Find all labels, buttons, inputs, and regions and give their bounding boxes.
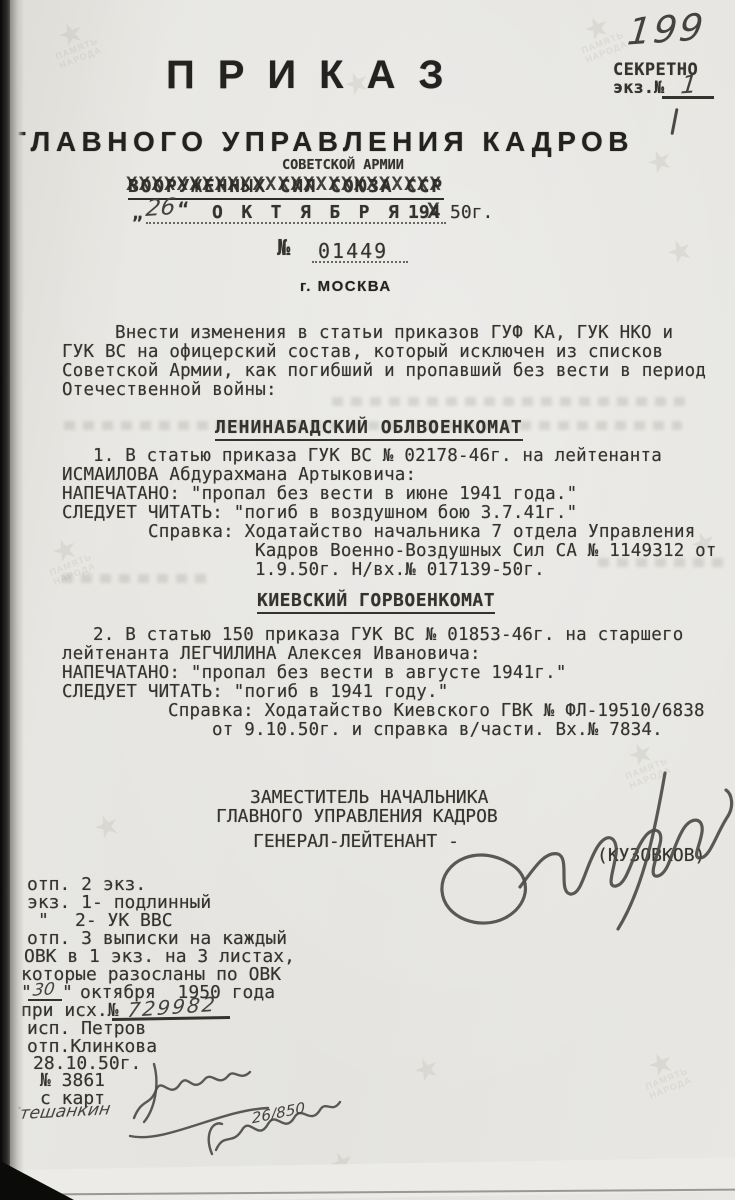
intro-line: Внести изменения в статьи приказов ГУФ К… [115, 324, 673, 343]
section-line: СЛЕДУЕТ ЧИТАТЬ: "погиб в 1941 году." [62, 683, 449, 702]
date-year-strike: Х [427, 199, 440, 223]
section-line: Кадров Военно-Воздушных Сил СА № 1149312… [255, 542, 717, 561]
section-line: ИСМАИЛОВА Абдурахмана Артыковича: [62, 466, 416, 485]
copy-label: экз.№ [613, 78, 664, 98]
date-close-quote: “ [178, 199, 189, 220]
ink-bleed [332, 397, 692, 406]
date-underline [146, 222, 446, 224]
strike-x-overlay: ХХХХХХХХХХХХХХХХХХХХХХХХХ [126, 173, 442, 195]
section-line: Справка: Ходатайство начальника 7 отдела… [148, 523, 696, 542]
kuzovkov-signature [420, 745, 735, 940]
section-line: 1. В статью приказа ГУК ВС № 02178-46г. … [93, 447, 662, 466]
order-number-label: № [277, 236, 290, 261]
date-year-new: 50г. [450, 202, 493, 223]
order-number-underline [312, 261, 408, 263]
scan-left-edge [0, 0, 10, 1200]
intro-line: Отечественной войны: [62, 381, 277, 400]
inserted-correction: СОВЕТСКОЙ АРМИИ [282, 157, 404, 173]
date-day-handwritten: 26 [144, 194, 176, 222]
section-heading-kiev: КИЕВСКИЙ ГОРВОЕНКОМАТ [257, 590, 495, 614]
intro-line: ГУК ВС на офицерский состав, который иск… [62, 343, 663, 362]
clerk-signatures [120, 1048, 350, 1163]
order-number-value: 01449 [318, 239, 388, 263]
section-heading-leninabad: ЛЕНИНАБАДСКИЙ ОБЛВОЕНКОМАТ [215, 417, 523, 441]
date-month: ОКТЯБРЯ [212, 202, 417, 223]
section-line: НАПЕЧАТАНО: "пропал без вести в августе … [62, 664, 567, 683]
ink-bleed [62, 574, 207, 583]
section-line: СЛЕДУЕТ ЧИТАТЬ: "погиб в воздушном бою 3… [62, 504, 577, 523]
page-number-handwritten: 199 [625, 5, 707, 53]
section-line: НАПЕЧАТАНО: "пропал без вести в июне 194… [62, 485, 577, 504]
section-line: лейтенанта ЛЕГЧИЛИНА Алексея Ивановича: [62, 645, 481, 664]
date-open-quote: „ [132, 203, 143, 224]
section-line: 1.9.50г. Н/вх.№ 017139-50г. [255, 561, 545, 580]
place-line: г. МОСКВА [300, 278, 392, 295]
section-line: от 9.10.50г. и справка в/части. Вх.№ 783… [212, 721, 663, 740]
intro-line: Советской Армии, как погибший и пропавши… [62, 362, 706, 381]
copy-number-handwritten: 1 [679, 69, 698, 99]
section-line: 2. В статью 150 приказа ГУК ВС № 01853-4… [93, 626, 683, 645]
sent-day-handwritten: 30 [32, 979, 56, 1000]
document-scan: ★ ПАМЯТЬ НАРОДА ★ ПАМЯТЬ НАРОДА ★ ПАМЯТЬ… [0, 0, 735, 1200]
order-title: ПРИКАЗ [166, 53, 467, 98]
scan-left-shadow [10, 0, 24, 1200]
section-line: Справка: Ходатайство Киевского ГВК № ФЛ-… [168, 702, 705, 721]
order-org-line: ГЛАВНОГО УПРАВЛЕНИЯ КАДРОВ [10, 126, 634, 158]
